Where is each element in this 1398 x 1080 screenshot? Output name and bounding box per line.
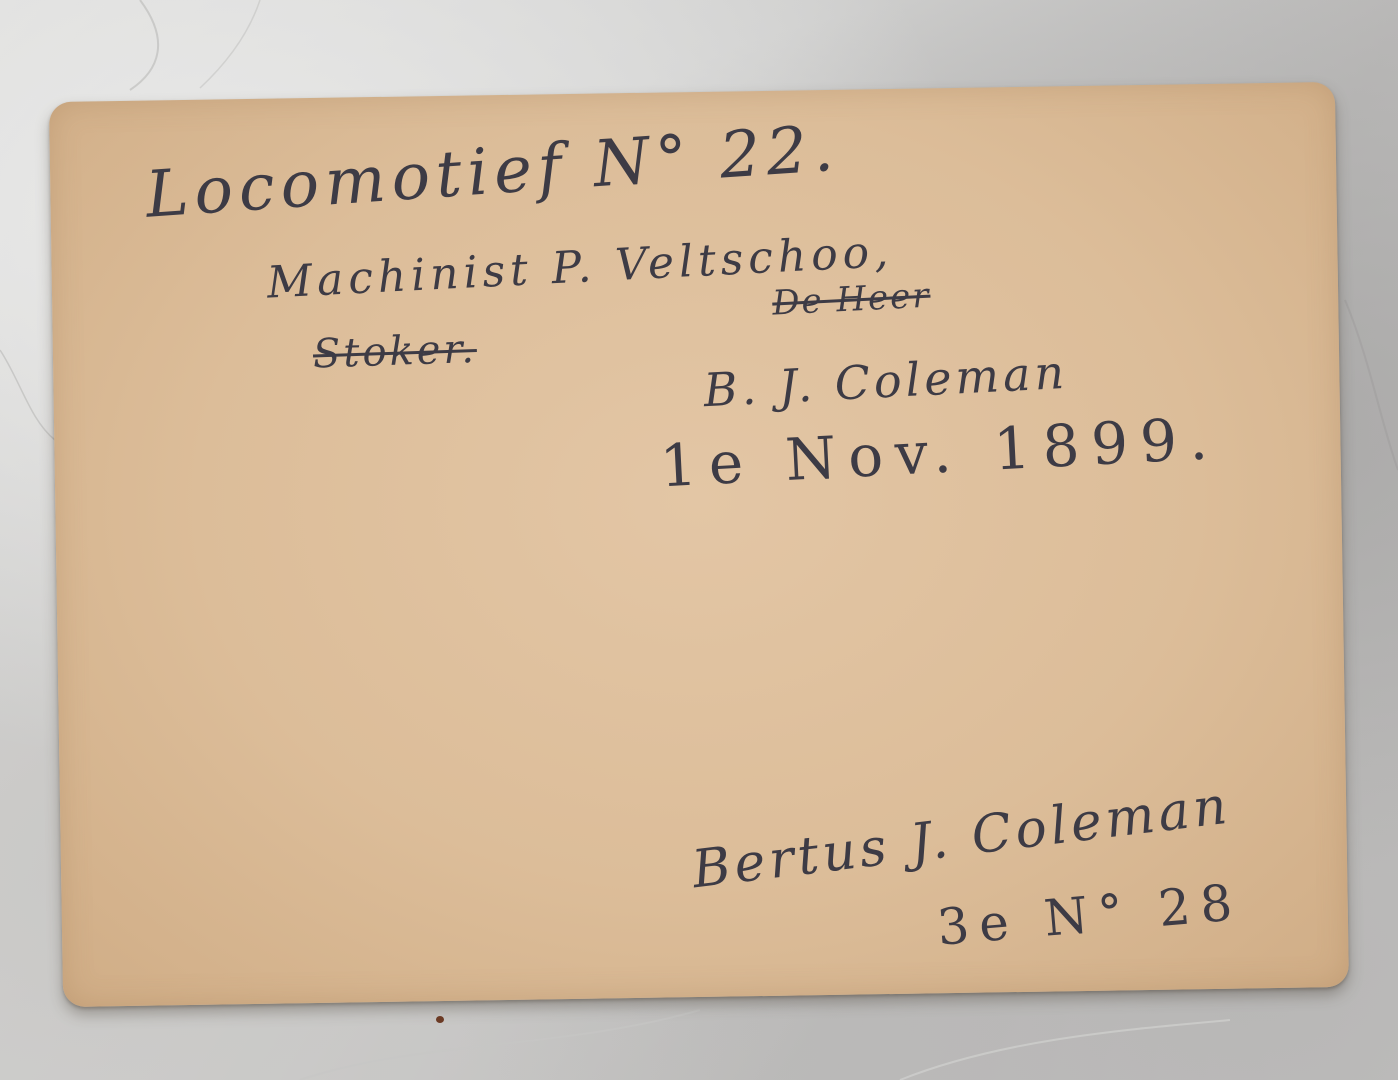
card-date: 1e Nov. 1899. [658, 404, 1221, 500]
card-heading: Locomotief N° 22. [143, 112, 841, 233]
card-signature-number: 3e N° 28 [935, 873, 1244, 957]
card-stoker-label: Stoker. [312, 326, 477, 377]
card-signature: Bertus J. Coleman [689, 776, 1234, 901]
stoker-word: Stoker. [312, 326, 477, 377]
card-struck-word: De Heer [771, 276, 931, 324]
antique-card: Locomotief N° 22. Machinist P. Veltschoo… [49, 82, 1349, 1007]
card-machinist-line: Machinist P. Veltschoo, [266, 226, 894, 309]
struck-text: De Heer [771, 276, 931, 324]
card-stoker-name: B. J. Coleman [702, 345, 1069, 417]
card-edge-stain [436, 1016, 444, 1023]
